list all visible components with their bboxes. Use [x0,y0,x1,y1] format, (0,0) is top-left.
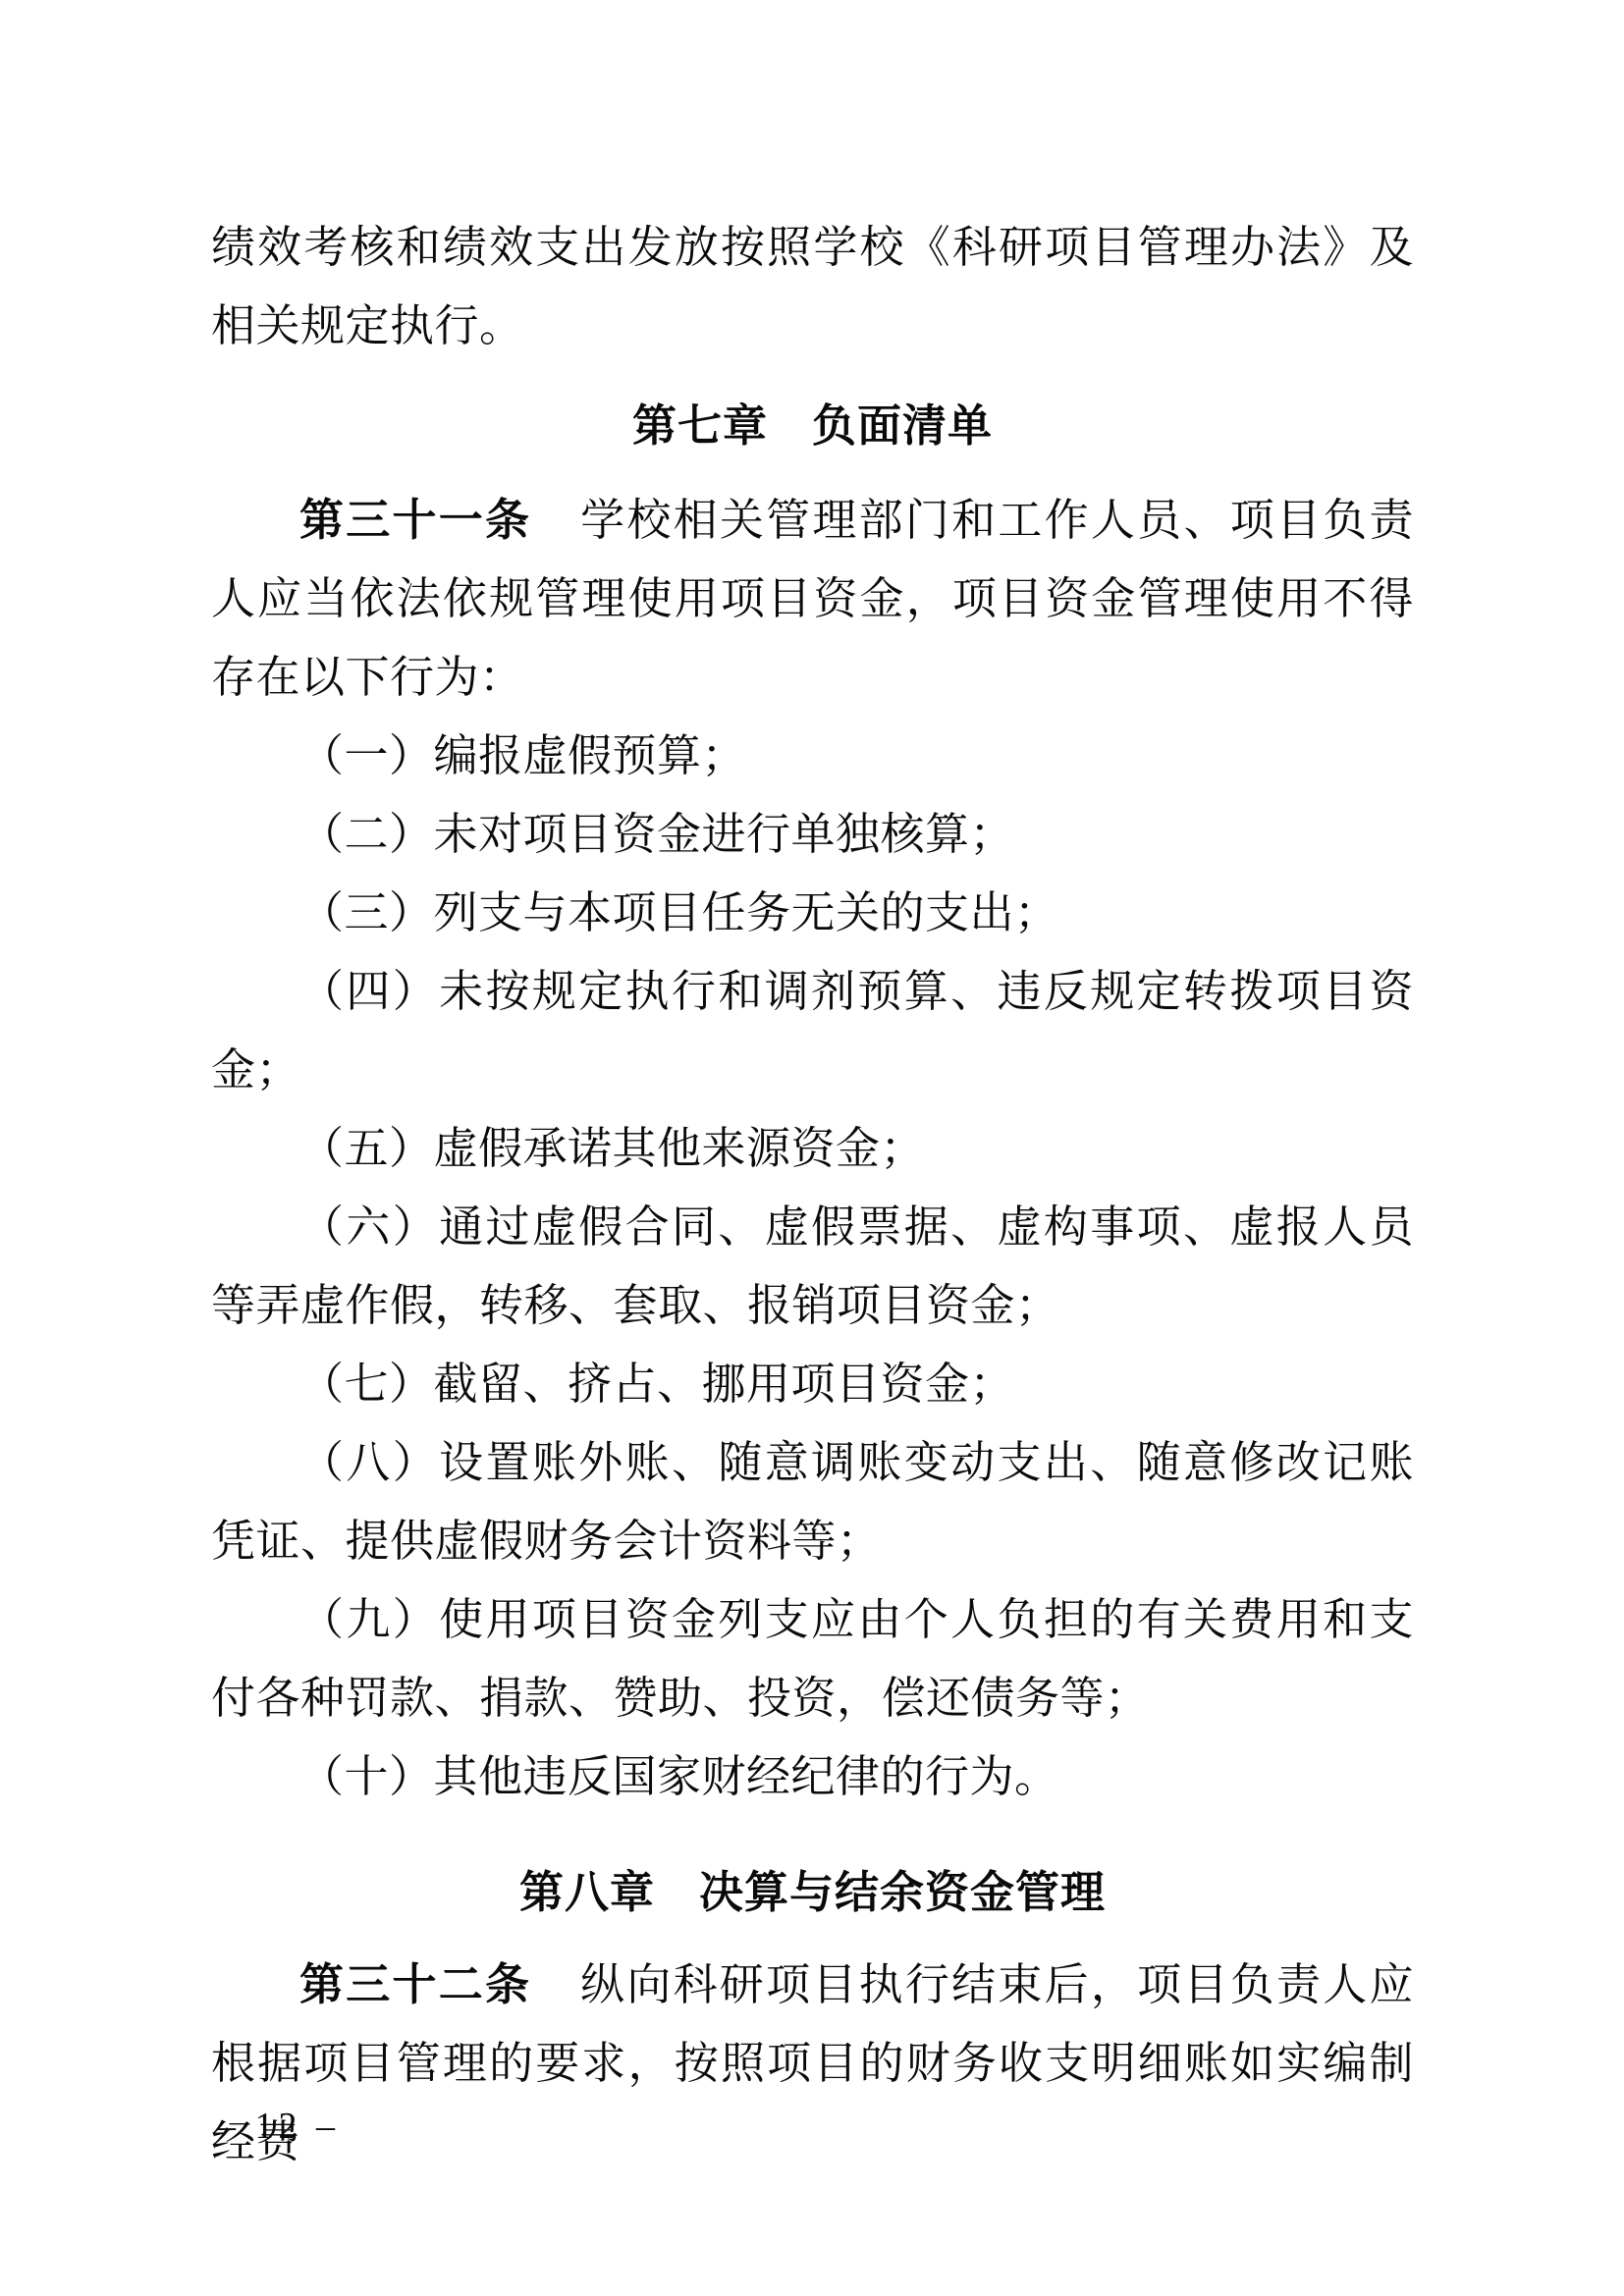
negative-list-item-5: （五）虚假承诺其他来源资金； [211,1109,1414,1188]
article-31-label: 第三十一条 [299,496,531,545]
negative-list-item-4: （四）未按规定执行和调剂预算、违反规定转拨项目资金； [211,952,1414,1109]
negative-list-item-9: （九）使用项目资金列支应由个人负担的有关费用和支付各种罚款、捐款、赞助、投资，偿… [211,1580,1414,1737]
chapter-8-heading: 第八章决算与结余资金管理 [211,1853,1414,1932]
chapter-7-title: 负面清单 [812,400,993,451]
article-31-paragraph: 第三十一条学校相关管理部门和工作人员、项目负责人应当依法依规管理使用项目资金，项… [211,481,1414,717]
negative-list-item-6: （六）通过虚假合同、虚假票据、虚构事项、虚报人员等弄虚作假，转移、套取、报销项目… [211,1188,1414,1345]
chapter-8-title: 决算与结余资金管理 [699,1867,1106,1917]
document-page: 绩效考核和绩效支出发放按照学校《科研项目管理办法》及相关规定执行。 第七章负面清… [0,0,1624,2296]
negative-list-item-7: （七）截留、挤占、挪用项目资金； [211,1345,1414,1423]
negative-list-item-8: （八）设置账外账、随意调账变动支出、随意修改记账凭证、提供虚假财务会计资料等； [211,1423,1414,1580]
continuation-paragraph: 绩效考核和绩效支出发放按照学校《科研项目管理办法》及相关规定执行。 [211,208,1414,365]
chapter-7-number: 第七章 [632,400,768,451]
chapter-8-number: 第八章 [519,1867,655,1917]
negative-list-item-3: （三）列支与本项目任务无关的支出； [211,874,1414,952]
chapter-7-heading: 第七章负面清单 [211,387,1414,465]
negative-list-item-1: （一）编报虚假预算； [211,717,1414,795]
page-number: – 12 – [217,2103,340,2150]
negative-list-item-2: （二）未对项目资金进行单独核算； [211,795,1414,874]
article-32-paragraph: 第三十二条纵向科研项目执行结束后，项目负责人应根据项目管理的要求，按照项目的财务… [211,1946,1414,2181]
document-content: 绩效考核和绩效支出发放按照学校《科研项目管理办法》及相关规定执行。 第七章负面清… [211,208,1414,2181]
article-32-label: 第三十二条 [299,1960,531,2009]
negative-list-item-10: （十）其他违反国家财经纪律的行为。 [211,1737,1414,1816]
